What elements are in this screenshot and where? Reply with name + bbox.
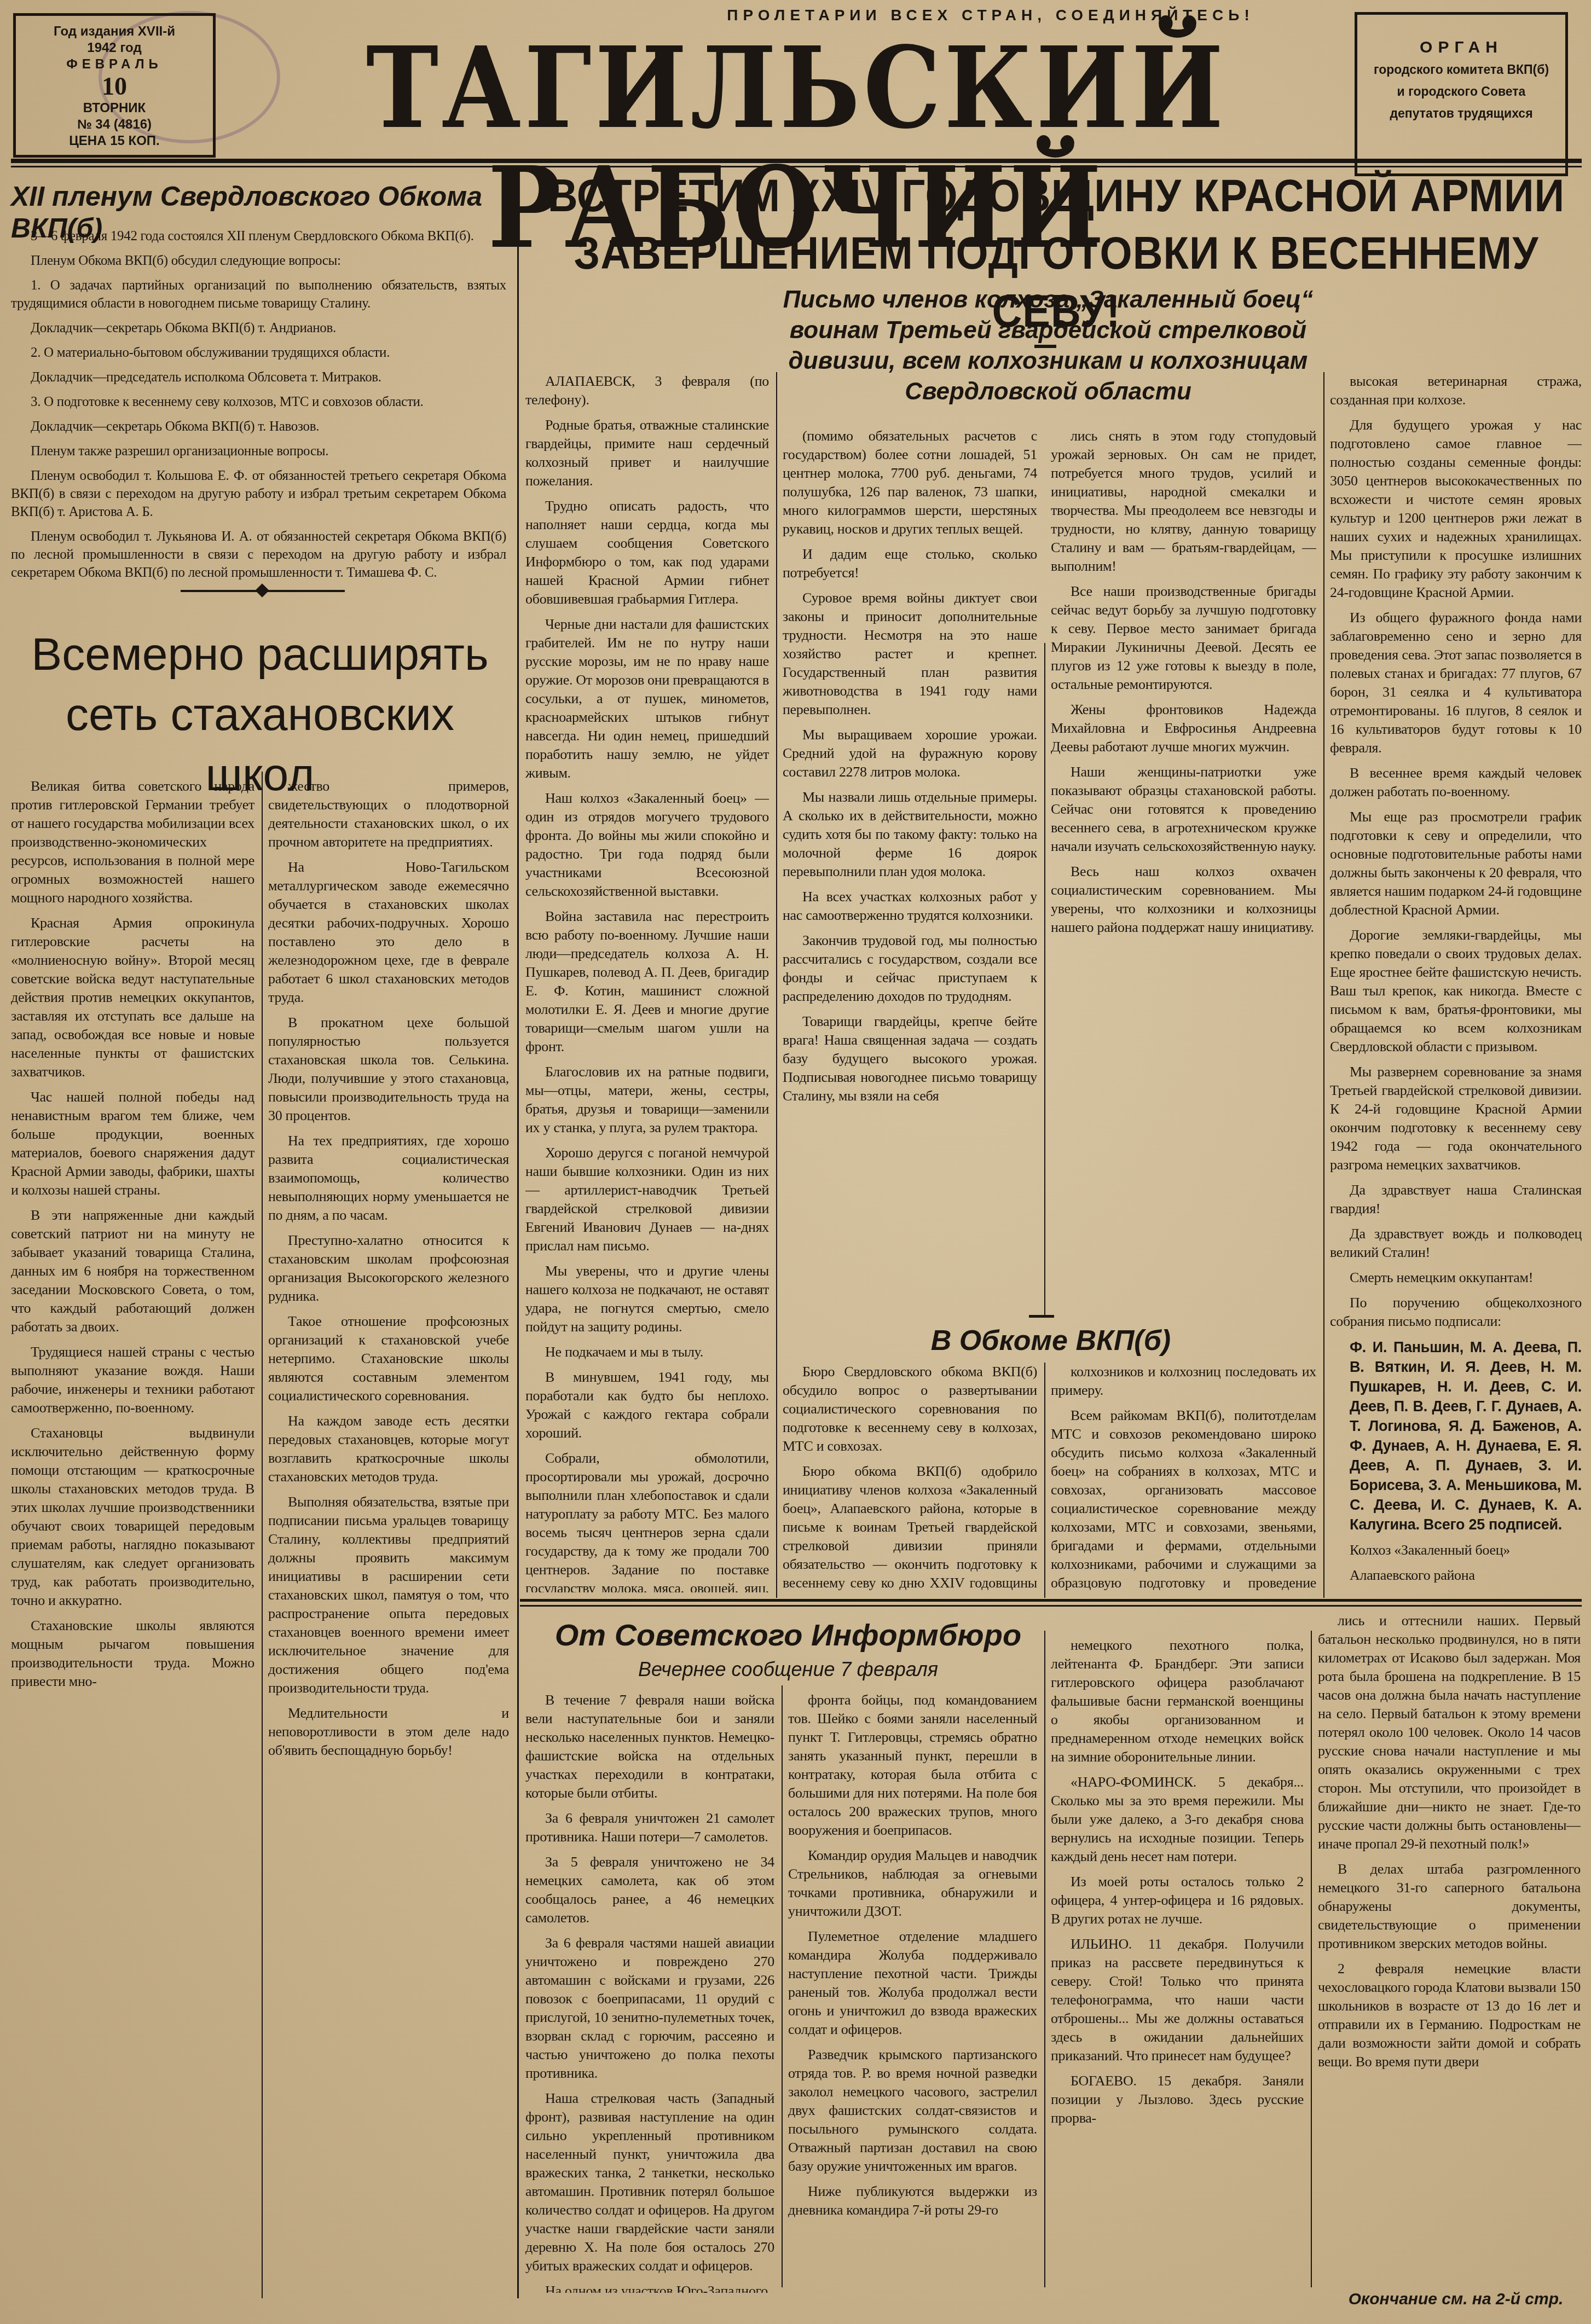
paragraph: Не подкачаем и мы в тылу.	[525, 1343, 769, 1361]
schools-column-2: жество примеров, свидетельствующих о пло…	[268, 777, 509, 2293]
paragraph: Да здравствует наша Сталинская гвардия!	[1330, 1181, 1582, 1218]
informburo-headline: От Советского Информбюро	[525, 1617, 1051, 1653]
paragraph: колхозников и колхозниц последовать их п…	[1051, 1363, 1316, 1400]
paragraph: Бюро обкома ВКП(б) одобрило инициативу ч…	[783, 1462, 1037, 1592]
paragraph: Дорогие земляки-гвардейцы, мы крепко пов…	[1330, 926, 1582, 1056]
organ-line-2: и городского Совета	[1357, 80, 1565, 102]
paragraph: В эти напряженные дни каждый советский п…	[11, 1206, 254, 1336]
paragraph: Закончив трудовой год, мы полностью расс…	[783, 931, 1037, 1006]
paragraph: И дадим еще столько, сколько потребуется…	[783, 545, 1037, 582]
paragraph: Черные дни настали для фашистских грабит…	[525, 615, 769, 783]
paragraph: На Ново-Тагильском металлургическом заво…	[268, 858, 509, 1007]
issue-number: № 34 (4816)	[16, 117, 213, 133]
paragraph: Пленум Обкома ВКП(б) обсудил следующие в…	[11, 252, 506, 270]
paragraph: Товарищи гвардейцы, крепче бейте врага! …	[783, 1012, 1037, 1105]
paragraph: фронта бойцы, под командованием тов. Шей…	[788, 1691, 1037, 1840]
year-of-publication: Год издания XVII-й	[16, 24, 213, 40]
section-rule-thin	[520, 1605, 1582, 1607]
letter-title: Письмо членов колхоза „Закаленный боец“ …	[777, 285, 1319, 407]
informburo-column-4: лись и оттеснили наших. Первый батальон …	[1318, 1612, 1581, 2268]
paragraph: За 6 февраля уничтожен 21 самолет против…	[525, 1809, 774, 1846]
paragraph: Мы развернем соревнование за знамя Треть…	[1330, 1063, 1582, 1174]
paragraph: В делах штаба разгромленного немецкого 3…	[1318, 1860, 1581, 1953]
column-divider	[1044, 1631, 1045, 2287]
issue-price: ЦЕНА 15 КОП.	[16, 133, 213, 149]
paragraph: Трудно описать радость, что наполняет на…	[525, 497, 769, 608]
paragraph: Пулеметное отделение младшего командира …	[788, 1927, 1037, 2039]
signatories: Ф. И. Паньшин, М. А. Деева, П. В. Вяткин…	[1330, 1337, 1582, 1534]
column-divider	[776, 372, 777, 1598]
section-rule	[520, 1599, 1582, 1602]
informburo-column-2: фронта бойцы, под командованием тов. Шей…	[788, 1691, 1037, 2293]
organ-label: ОРГАН	[1357, 37, 1565, 59]
paragraph: Из моей роты осталось только 2 офицера, …	[1051, 1873, 1304, 1928]
issue-info-box: Год издания XVII-й 1942 год ФЕВРАЛЬ 10 В…	[13, 13, 216, 158]
column-divider	[1323, 372, 1324, 1598]
column-divider	[517, 170, 519, 2298]
paragraph: высокая ветеринарная стража, созданная п…	[1330, 372, 1582, 409]
paragraph: 3. О подготовке к весеннему севу колхозо…	[11, 393, 506, 411]
paragraph: Пленум также разрешил организационные во…	[11, 442, 506, 460]
paragraph: Командир орудия Мальцев и наводчик Стрел…	[788, 1846, 1037, 1921]
paragraph: Медлительности и неповоротливости в этом…	[268, 1704, 509, 1760]
paragraph: Из общего фуражного фонда нами заблаговр…	[1330, 608, 1582, 757]
paragraph: Да здравствует вождь и полководец велики…	[1330, 1225, 1582, 1262]
issue-day: 10	[16, 73, 213, 100]
paragraph: Мы назвали лишь отдельные примеры. А ско…	[783, 788, 1037, 881]
appeal-column-3: лись снять в этом году стопудовый урожай…	[1051, 427, 1316, 1313]
column-divider	[1044, 1363, 1045, 1598]
column-divider	[782, 1685, 783, 2287]
organ-box: ОРГАН городского комитета ВКП(б) и город…	[1355, 12, 1568, 176]
paragraph: Пленум освободил т. Кольшова Е. Ф. от об…	[11, 467, 506, 521]
paragraph: Великая битва советского народа против г…	[11, 777, 254, 907]
paragraph: Наши женщины-патриотки уже показывают об…	[1051, 763, 1316, 856]
paragraph: На всех участках колхозных работ у нас с…	[783, 888, 1037, 925]
paragraph: За 6 февраля частями нашей авиации уничт…	[525, 1934, 774, 2083]
paragraph: Суровое время войны диктует свои законы …	[783, 589, 1037, 719]
appeal-column-1: АЛАПАЕВСК, 3 февраля (по телефону).Родны…	[525, 372, 769, 1592]
paragraph: Ниже публикуются выдержки из дневника ко…	[788, 2182, 1037, 2219]
paragraph: лись и оттеснили наших. Первый батальон …	[1318, 1612, 1581, 1853]
paragraph: На тех предприятиях, где хорошо развита …	[268, 1132, 509, 1225]
paragraph: «НАРО-ФОМИНСК. 5 декабря... Сколько мы з…	[1051, 1773, 1304, 1866]
paragraph: 3—6 февраля 1942 года состоялся XII плен…	[11, 227, 506, 245]
paragraph: Все наши производственные бригады сейчас…	[1051, 582, 1316, 694]
paragraph: Мы выращиваем хорошие урожаи. Средний уд…	[783, 726, 1037, 781]
paragraph: Час нашей полной победы над ненавистным …	[11, 1088, 254, 1199]
signature-intro: По поручению общеколхозного собрания пис…	[1330, 1294, 1582, 1331]
obkom-column-2: колхозников и колхозниц последовать их п…	[1051, 1363, 1316, 1592]
informburo-column-1: В течение 7 февраля наши войска вели нас…	[525, 1691, 774, 2293]
paragraph: Благословив их на ратные подвиги, мы—отц…	[525, 1063, 769, 1137]
paragraph: Родные братья, отважные сталинские гвард…	[525, 416, 769, 490]
obkom-column-1: Бюро Свердловского обкома ВКП(б) обсудил…	[783, 1363, 1037, 1592]
paragraph: На одном из участков Юго-Западного	[525, 2282, 774, 2293]
paragraph: Война заставила нас перестроить всю рабо…	[525, 907, 769, 1056]
paragraph: В течение 7 февраля наши войска вели нас…	[525, 1691, 774, 1803]
signature-kolkhoz: Колхоз «Закаленный боец»	[1330, 1541, 1582, 1560]
signature-district: Алапаевского района	[1330, 1566, 1582, 1585]
masthead-rule	[11, 159, 1582, 163]
paragraph: Пленум освободил т. Лукьянова И. А. от о…	[11, 528, 506, 582]
obkom-dash	[1029, 1315, 1054, 1318]
paragraph: немецкого пехотного полка, лейтенанта Ф.…	[1051, 1636, 1304, 1766]
paragraph: Мы уверены, что и другие члены нашего ко…	[525, 1262, 769, 1336]
issue-month: ФЕВРАЛЬ	[16, 56, 213, 73]
paragraph: Такое отношение профсоюзных организаций …	[268, 1312, 509, 1405]
paragraph: БОГАЕВО. 15 декабря. Заняли позиции у Лы…	[1051, 2072, 1304, 2128]
paragraph: Докладчик—секретарь Обкома ВКП(б) т. Анд…	[11, 319, 506, 337]
paragraph: В весеннее время каждый человек должен р…	[1330, 764, 1582, 801]
paragraph: жество примеров, свидетельствующих о пло…	[268, 777, 509, 851]
continued-note: Окончание см. на 2-й стр.	[1324, 2290, 1587, 2309]
main-headline-line-1: ВСТРЕТИМ XXIV ГОДОВЩИНУ КРАСНОЙ АРМИИ	[525, 167, 1587, 225]
organ-line-1: городского комитета ВКП(б)	[1357, 59, 1565, 80]
paragraph: Собрали, обмолотили, просортировали мы у…	[525, 1449, 769, 1592]
paragraph: Докладчик—секретарь Обкома ВКП(б) т. Нав…	[11, 418, 506, 436]
paragraph: Хорошо деругся с поганой немчурой наши б…	[525, 1144, 769, 1255]
plenum-article: 3—6 февраля 1942 года состоялся XII плен…	[11, 227, 506, 583]
obkom-headline: В Обкоме ВКП(б)	[788, 1324, 1314, 1357]
column-divider	[262, 772, 263, 2298]
paragraph: Красная Армия опрокинула гитлеровские ра…	[11, 914, 254, 1081]
appeal-column-2: (помимо обязательных расчетов с государс…	[783, 427, 1037, 1313]
paragraph: Для будущего урожая у нас подготовлено с…	[1330, 416, 1582, 602]
paragraph: Трудящиеся нашей страны с честью выполня…	[11, 1343, 254, 1417]
paragraph: В минувшем, 1941 году, мы поработали как…	[525, 1368, 769, 1442]
paragraph: 1. О задачах партийных организаций по вы…	[11, 276, 506, 312]
paragraph: Смерть немецким оккупантам!	[1330, 1268, 1582, 1287]
paragraph: АЛАПАЕВСК, 3 февраля (по телефону).	[525, 372, 769, 409]
schools-column-1: Великая битва советского народа против г…	[11, 777, 254, 2293]
appeal-column-4: высокая ветеринарная стража, созданная п…	[1330, 372, 1582, 1592]
column-divider	[1311, 1631, 1312, 2287]
paragraph: 2. О материально-бытовом обслуживании тр…	[11, 344, 506, 362]
paragraph: лись снять в этом году стопудовый урожай…	[1051, 427, 1316, 576]
informburo-column-3: немецкого пехотного полка, лейтенанта Ф.…	[1051, 1636, 1304, 2293]
organ-line-3: депутатов трудящихся	[1357, 102, 1565, 124]
paragraph: Жены фронтовиков Надежда Михайловна и Ев…	[1051, 700, 1316, 756]
paragraph: За 5 февраля уничтожено не 34 немецких с…	[525, 1853, 774, 1927]
column-divider	[1044, 643, 1045, 1316]
informburo-subheadline: Вечернее сообщение 7 февраля	[525, 1658, 1051, 1681]
paragraph: На каждом заводе есть десятки передовых …	[268, 1412, 509, 1486]
paragraph: Стахановские школы являются мощным рычаг…	[11, 1616, 254, 1691]
paragraph: Преступно-халатно относится к стахановск…	[268, 1231, 509, 1306]
paragraph: Бюро Свердловского обкома ВКП(б) обсудил…	[783, 1363, 1037, 1456]
paragraph: В прокатном цехе большой популярностью п…	[268, 1013, 509, 1125]
paragraph: Докладчик—председатель исполкома Облсове…	[11, 368, 506, 386]
paragraph: (помимо обязательных расчетов с государс…	[783, 427, 1037, 538]
paragraph: Весь наш колхоз охвачен социалистическим…	[1051, 862, 1316, 937]
paragraph: Всем райкомам ВКП(б), политотделам МТС и…	[1051, 1406, 1316, 1592]
paragraph: Стахановцы выдвинули исключительно дейст…	[11, 1424, 254, 1610]
paragraph: Мы еще раз просмотрели график подготовки…	[1330, 808, 1582, 919]
paragraph: Наша стрелковая часть (Западный фронт), …	[525, 2089, 774, 2275]
paragraph: Наш колхоз «Закаленный боец» — один из о…	[525, 789, 769, 901]
paragraph: 2 февраля немецкие власти чехословацкого…	[1318, 1960, 1581, 2071]
issue-year: 1942 год	[16, 40, 213, 56]
issue-weekday: ВТОРНИК	[16, 100, 213, 117]
paragraph: Выполняя обязательства, взятые при подпи…	[268, 1493, 509, 1697]
paragraph: Разведчик крымского партизанского отряда…	[788, 2045, 1037, 2176]
paragraph: ИЛЬИНО. 11 декабря. Получили приказ на р…	[1051, 1935, 1304, 2065]
